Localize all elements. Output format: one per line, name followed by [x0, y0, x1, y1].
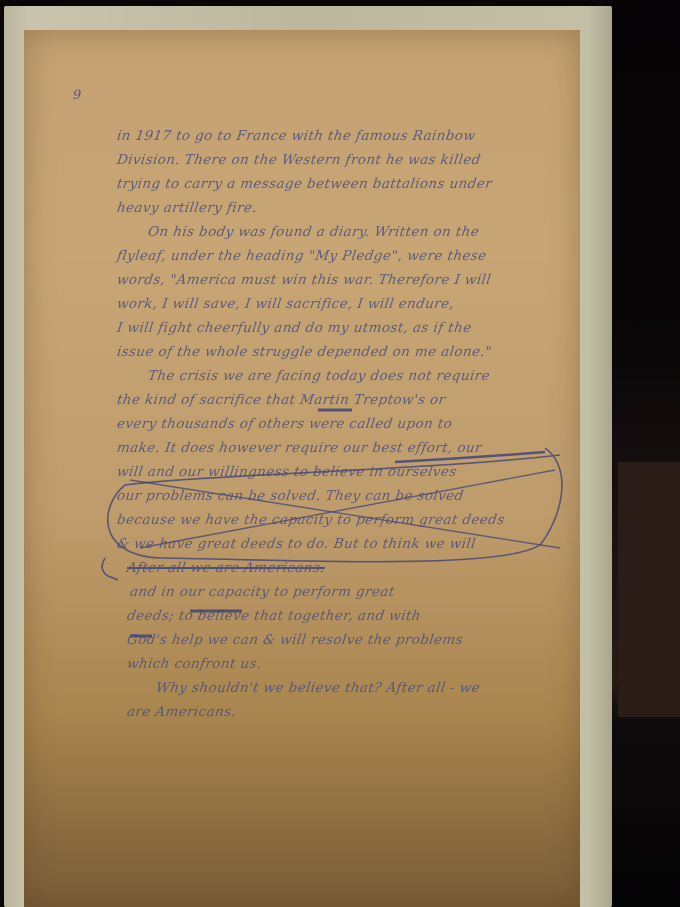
text-line-8: work, I will save, I will sacrifice, I w…	[116, 296, 456, 312]
text-line-3: trying to carry a message between battal…	[116, 176, 493, 192]
text-line-13: every thousands of others were called up…	[116, 416, 453, 432]
dark-background	[612, 0, 680, 907]
text-line-7: words, "America must win this war. There…	[116, 272, 492, 288]
text-line-4: heavy artillery fire.	[116, 200, 258, 216]
text-line-23: which confront us.	[126, 656, 263, 672]
text-line-12: the kind of sacrifice that Martin Trepto…	[116, 392, 447, 408]
text-line-22: God's help we can & will resolve the pro…	[126, 632, 464, 648]
text-line-9: I will fight cheerfully and do my utmost…	[116, 320, 473, 336]
text-line-6: flyleaf, under the heading "My Pledge", …	[116, 248, 488, 264]
text-line-2: Division. There on the Western front he …	[116, 152, 482, 168]
text-line-5: On his body was found a diary. Written o…	[147, 224, 480, 240]
text-line-21: deeds; to believe that together, and wit…	[126, 608, 422, 624]
text-line-10: issue of the whole struggle depended on …	[116, 344, 493, 360]
background-panel	[618, 462, 680, 717]
text-line-15: will and our willingness to believe in o…	[116, 464, 458, 480]
text-line-20: and in our capacity to perform great	[129, 584, 396, 600]
struck-line-4: After all we are Americans.	[126, 560, 326, 576]
text-line-11: The crisis we are facing today does not …	[147, 368, 491, 384]
page-number: 9	[73, 88, 81, 103]
text-line-25: are Americans.	[126, 704, 237, 720]
text-line-14: make. It does however require our best e…	[116, 440, 483, 456]
struck-line-1: our problems can be solved. They can be …	[116, 488, 465, 504]
struck-line-3: & we have great deeds to do. But to thin…	[116, 536, 477, 552]
text-line-24: Why shouldn't we believe that? After all…	[155, 680, 481, 696]
text-line-1: in 1917 to go to France with the famous …	[116, 128, 477, 144]
struck-line-2: because we have the capacity to perform …	[116, 512, 506, 528]
